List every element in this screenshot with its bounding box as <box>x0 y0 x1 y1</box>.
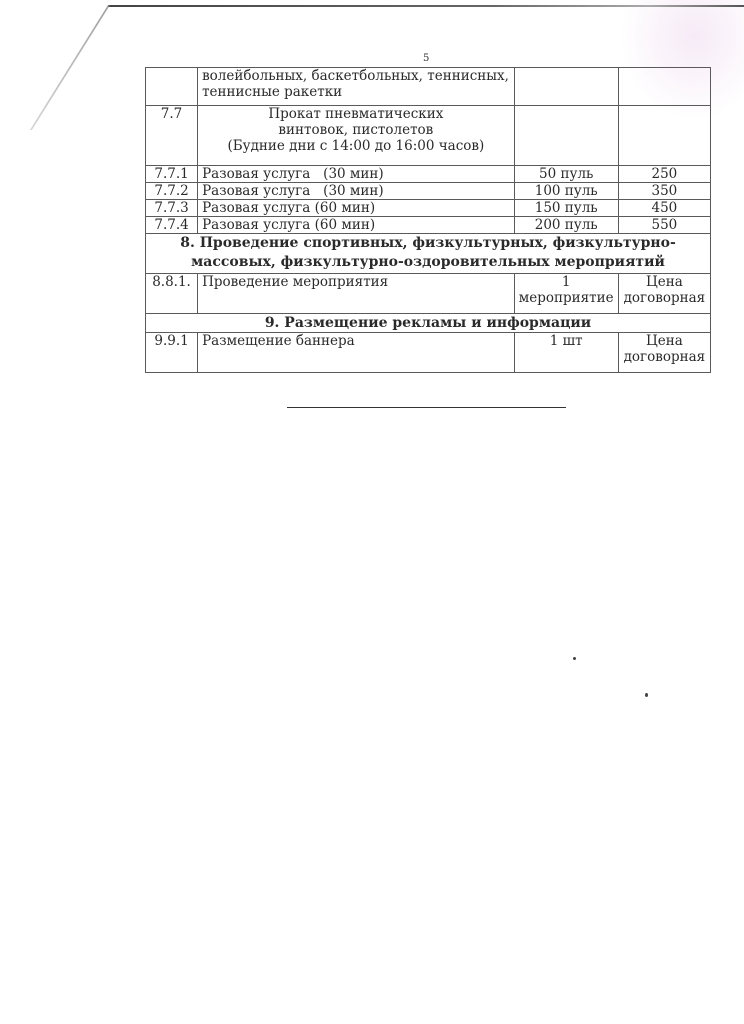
price-line: договорная <box>623 290 706 306</box>
table-row: 7.7.3 Разовая услуга (60 мин) 150 пуль 4… <box>146 200 711 217</box>
section-header-row: 8. Проведение спортивных, физкультурных,… <box>146 234 711 274</box>
price <box>618 106 710 166</box>
price: 450 <box>618 200 710 217</box>
unit: 150 пуль <box>514 200 618 217</box>
row-number: 7.7.2 <box>146 183 198 200</box>
section-title-line: массовых, физкультурно-оздоровительных м… <box>150 253 706 272</box>
table-row: 7.7.1 Разовая услуга (30 мин) 50 пуль 25… <box>146 166 711 183</box>
scan-speck <box>573 657 576 660</box>
service-name: волейбольных, баскетбольных, теннисных, … <box>198 68 515 106</box>
unit <box>514 106 618 166</box>
unit: 100 пуль <box>514 183 618 200</box>
table-row: волейбольных, баскетбольных, теннисных, … <box>146 68 711 106</box>
section-header-row: 9. Размещение рекламы и информации <box>146 314 711 333</box>
service-name: Размещение баннера <box>198 333 515 373</box>
row-number: 9.9.1 <box>146 333 198 373</box>
service-name-line: Прокат пневматических <box>202 106 510 122</box>
section-title: 8. Проведение спортивных, физкультурных,… <box>146 234 711 274</box>
price: 350 <box>618 183 710 200</box>
service-name: Разовая услуга (60 мин) <box>198 200 515 217</box>
page-number: 5 <box>423 53 429 64</box>
scan-edge-line <box>108 5 744 7</box>
price: 250 <box>618 166 710 183</box>
end-separator-line <box>287 407 566 408</box>
row-number: 7.7.4 <box>146 217 198 234</box>
table-row: 7.7.4 Разовая услуга (60 мин) 200 пуль 5… <box>146 217 711 234</box>
section-title: 9. Размещение рекламы и информации <box>146 314 711 333</box>
service-name: Разовая услуга (30 мин) <box>198 166 515 183</box>
table-row: 8.8.1. Проведение мероприятия 1 мероприя… <box>146 274 711 314</box>
service-name: Разовая услуга (60 мин) <box>198 217 515 234</box>
price-line: Цена <box>623 274 706 290</box>
table-row: 7.7.2 Разовая услуга (30 мин) 100 пуль 3… <box>146 183 711 200</box>
scan-fold-line <box>30 5 110 130</box>
unit <box>514 68 618 106</box>
table-row: 9.9.1 Размещение баннера 1 шт Цена догов… <box>146 333 711 373</box>
price-table: волейбольных, баскетбольных, теннисных, … <box>145 67 711 373</box>
unit: 200 пуль <box>514 217 618 234</box>
row-number: 8.8.1. <box>146 274 198 314</box>
unit: 50 пуль <box>514 166 618 183</box>
scan-speck <box>645 693 648 697</box>
price: Цена договорная <box>618 333 710 373</box>
unit: 1 шт <box>514 333 618 373</box>
section-title-line: 8. Проведение спортивных, физкультурных,… <box>150 234 706 253</box>
unit: 1 мероприятие <box>514 274 618 314</box>
table-row: 7.7 Прокат пневматических винтовок, пист… <box>146 106 711 166</box>
price-line: Цена <box>623 333 706 349</box>
row-number: 7.7.3 <box>146 200 198 217</box>
service-name-line: винтовок, пистолетов <box>202 122 510 138</box>
service-name: Проведение мероприятия <box>198 274 515 314</box>
service-name: Разовая услуга (30 мин) <box>198 183 515 200</box>
service-name-line: (Будние дни с 14:00 до 16:00 часов) <box>202 138 510 154</box>
price: Цена договорная <box>618 274 710 314</box>
unit-line: мероприятие <box>519 290 614 306</box>
price <box>618 68 710 106</box>
row-number: 7.7 <box>146 106 198 166</box>
price-line: договорная <box>623 349 706 365</box>
service-name: Прокат пневматических винтовок, пистолет… <box>198 106 515 166</box>
price: 550 <box>618 217 710 234</box>
unit-line: 1 <box>519 274 614 290</box>
row-number <box>146 68 198 106</box>
row-number: 7.7.1 <box>146 166 198 183</box>
